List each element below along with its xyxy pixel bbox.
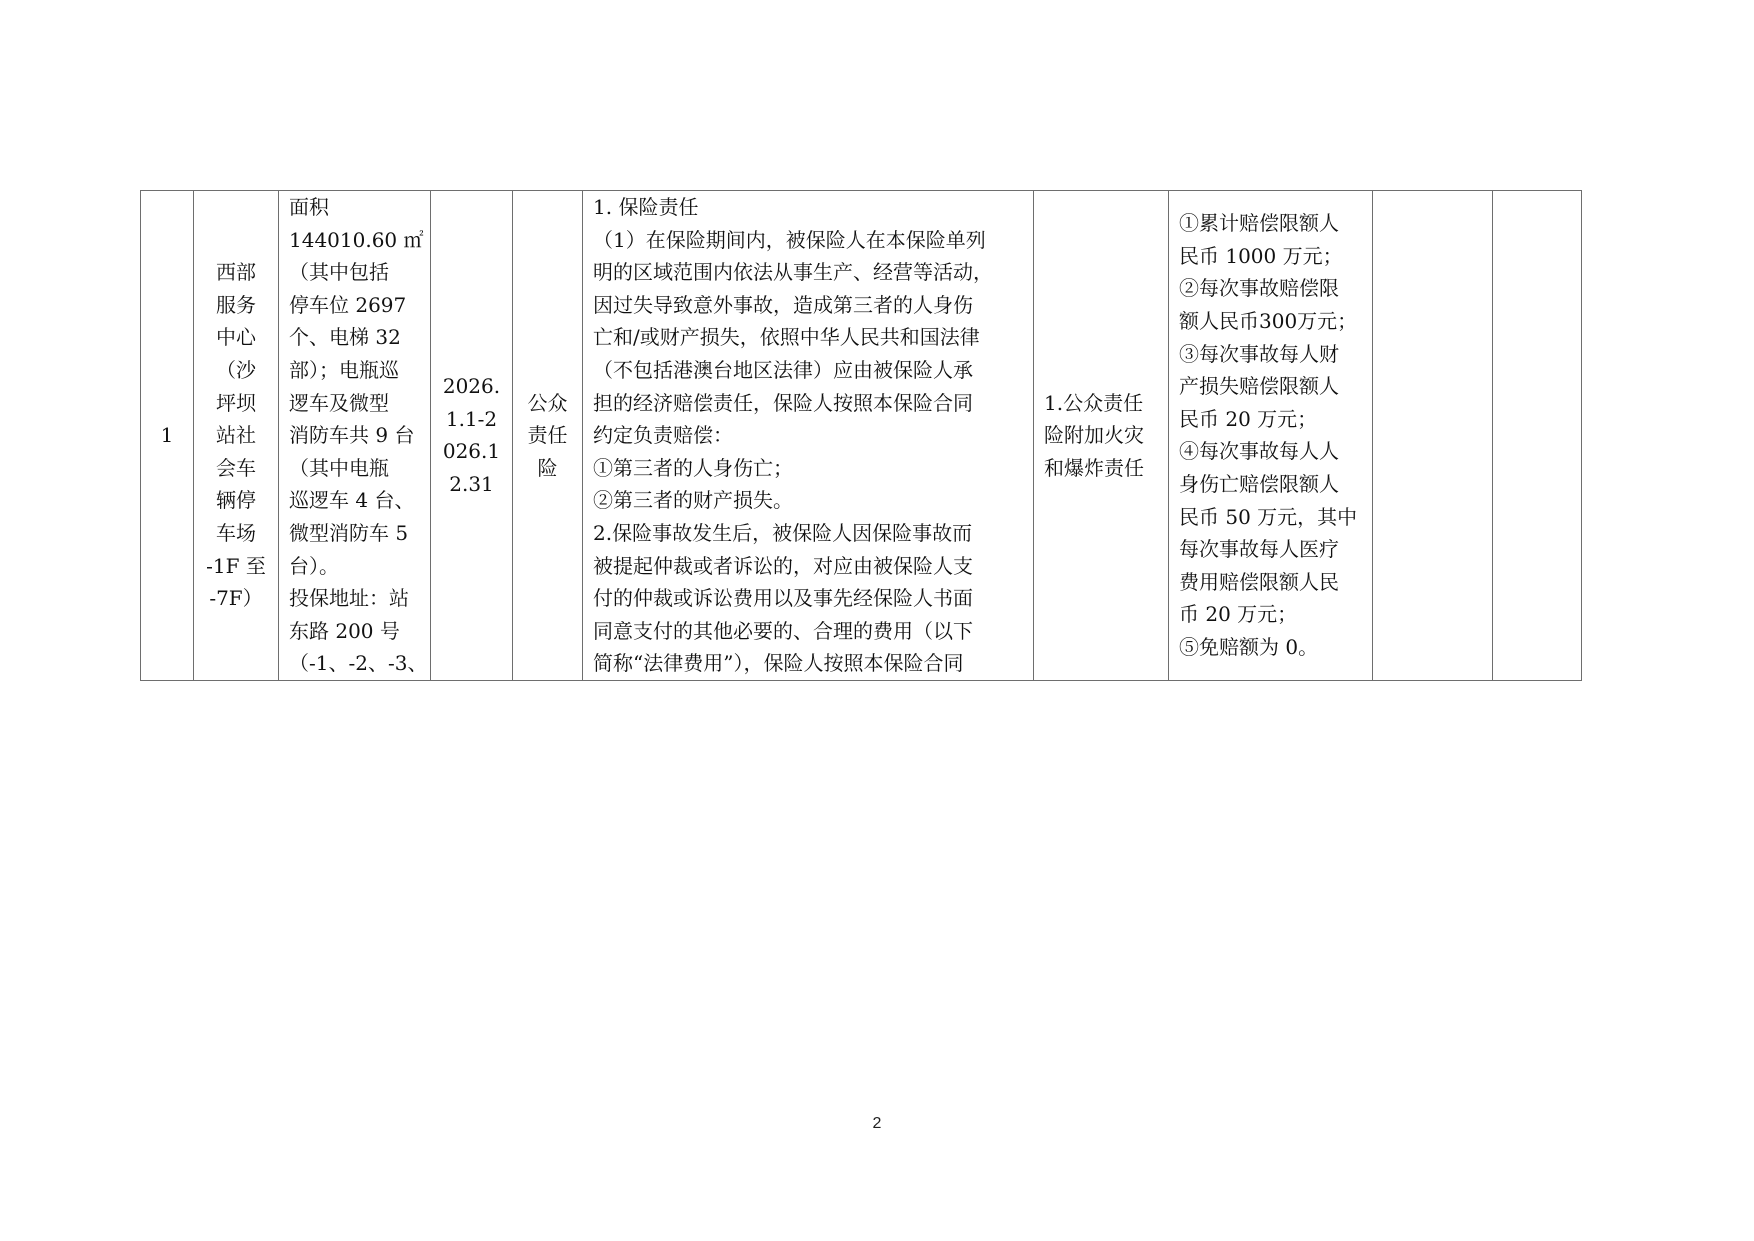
- text-line: ②第三者的财产损失。: [593, 484, 1023, 517]
- text-line: 身伤亡赔偿限额人: [1179, 468, 1362, 501]
- description-cell: 面积 144010.60 ㎡ （其中包括 停车位 2697 个、电梯 32 部）…: [279, 191, 431, 681]
- text-line: 付的仲裁或诉讼费用以及事先经保险人书面: [593, 582, 1023, 615]
- text-line: 被提起仲裁或者诉讼的，对应由被保险人支: [593, 550, 1023, 583]
- text-line: 同意支付的其他必要的、合理的费用（以下: [593, 615, 1023, 648]
- text-line: 公众: [523, 387, 572, 420]
- text-line: （不包括港澳台地区法律）应由被保险人承: [593, 354, 1023, 387]
- location-name-cell: 西部 服务 中心 （沙 坪坝 站社 会车 辆停 车场 -1F 至 -7F）: [194, 191, 279, 681]
- text-line: -1F 至: [204, 550, 268, 583]
- text-line: 部）；电瓶巡: [289, 354, 420, 387]
- text-line: ⑤免赔额为 0。: [1179, 631, 1362, 664]
- text-line: （1）在保险期间内，被保险人在本保险单列: [593, 224, 1023, 257]
- text-line: 东路 200 号: [289, 615, 420, 648]
- text-line: 个、电梯 32: [289, 321, 420, 354]
- text-line: ③每次事故每人财: [1179, 338, 1362, 371]
- text-line: 1. 保险责任: [593, 191, 1023, 224]
- text-line: ①累计赔偿限额人: [1179, 207, 1362, 240]
- text-line: 明的区域范围内依法从事生产、经营等活动，: [593, 256, 1023, 289]
- text-line: 费用赔偿限额人民: [1179, 566, 1362, 599]
- text-line: 逻车及微型: [289, 387, 420, 420]
- text-line: 投保地址：站: [289, 582, 420, 615]
- text-line: 币 20 万元；: [1179, 598, 1362, 631]
- text-line: 和爆炸责任: [1044, 452, 1158, 485]
- text-line: 服务: [204, 289, 268, 322]
- text-line: 产损失赔偿限额人: [1179, 370, 1362, 403]
- text-line: 站社: [204, 419, 268, 452]
- page-number: 2: [0, 1115, 1754, 1133]
- text-line: 026.1: [441, 435, 502, 468]
- text-line: 亡和/或财产损失，依照中华人民共和国法律: [593, 321, 1023, 354]
- text-line: 险附加火灾: [1044, 419, 1158, 452]
- text-line: 民币 20 万元；: [1179, 403, 1362, 436]
- liability-limits-cell: ①累计赔偿限额人 民币 1000 万元； ②每次事故赔偿限 额人民币300万元；…: [1169, 191, 1373, 681]
- text-line: -7F）: [204, 582, 268, 615]
- text-line: ④每次事故每人人: [1179, 435, 1362, 468]
- text-line: 台）。: [289, 550, 420, 583]
- text-line: 144010.60 ㎡: [289, 224, 420, 257]
- additional-coverage-cell: 1.公众责任 险附加火灾 和爆炸责任: [1034, 191, 1169, 681]
- text-line: 责任: [523, 419, 572, 452]
- document-page: 1 西部 服务 中心 （沙 坪坝 站社 会车 辆停 车场 -1F 至 -7F）: [0, 0, 1754, 1241]
- text-line: 微型消防车 5: [289, 517, 420, 550]
- text-line: 西部: [204, 256, 268, 289]
- text-line: 简称“法律费用”），保险人按照本保险合同: [593, 647, 1023, 680]
- text-line: 巡逻车 4 台、: [289, 484, 420, 517]
- text-line: 2026.: [441, 370, 502, 403]
- insurance-schedule-table: 1 西部 服务 中心 （沙 坪坝 站社 会车 辆停 车场 -1F 至 -7F）: [140, 190, 1582, 681]
- text-line: （其中包括: [289, 256, 420, 289]
- text-line: 1.公众责任: [1044, 387, 1158, 420]
- text-line: 约定负责赔偿：: [593, 419, 1023, 452]
- text-line: 停车位 2697: [289, 289, 420, 322]
- text-line: （沙: [204, 354, 268, 387]
- text-line: 因过失导致意外事故，造成第三者的人身伤: [593, 289, 1023, 322]
- text-line: 辆停: [204, 484, 268, 517]
- text-line: 民币 1000 万元；: [1179, 240, 1362, 273]
- text-line: 2.31: [441, 468, 502, 501]
- text-line: ②每次事故赔偿限: [1179, 272, 1362, 305]
- table-row: 1 西部 服务 中心 （沙 坪坝 站社 会车 辆停 车场 -1F 至 -7F）: [141, 191, 1582, 681]
- text-line: 额人民币300万元；: [1179, 305, 1362, 338]
- text-line: 会车: [204, 452, 268, 485]
- empty-cell-10: [1493, 191, 1582, 681]
- text-line: 险: [523, 452, 572, 485]
- empty-cell-9: [1373, 191, 1493, 681]
- row-index: 1: [161, 423, 174, 447]
- text-line: 2.保险事故发生后，被保险人因保险事故而: [593, 517, 1023, 550]
- insurance-period-cell: 2026. 1.1-2 026.1 2.31: [431, 191, 513, 681]
- text-line: 1.1-2: [441, 403, 502, 436]
- text-line: 民币 50 万元，其中: [1179, 501, 1362, 534]
- row-index-cell: 1: [141, 191, 194, 681]
- text-line: 担的经济赔偿责任，保险人按照本保险合同: [593, 387, 1023, 420]
- insurance-type-cell: 公众 责任 险: [513, 191, 583, 681]
- text-line: 中心: [204, 321, 268, 354]
- text-line: ①第三者的人身伤亡；: [593, 452, 1023, 485]
- text-line: 消防车共 9 台: [289, 419, 420, 452]
- text-line: （其中电瓶: [289, 452, 420, 485]
- text-line: 面积: [289, 191, 420, 224]
- text-line: 坪坝: [204, 387, 268, 420]
- text-line: 每次事故每人医疗: [1179, 533, 1362, 566]
- location-name: 西部 服务 中心 （沙 坪坝 站社 会车 辆停 车场 -1F 至 -7F）: [204, 256, 268, 615]
- coverage-terms-cell: 1. 保险责任 （1）在保险期间内，被保险人在本保险单列 明的区域范围内依法从事…: [583, 191, 1034, 681]
- text-line: 车场: [204, 517, 268, 550]
- text-line: （-1、-2、-3、: [289, 647, 420, 680]
